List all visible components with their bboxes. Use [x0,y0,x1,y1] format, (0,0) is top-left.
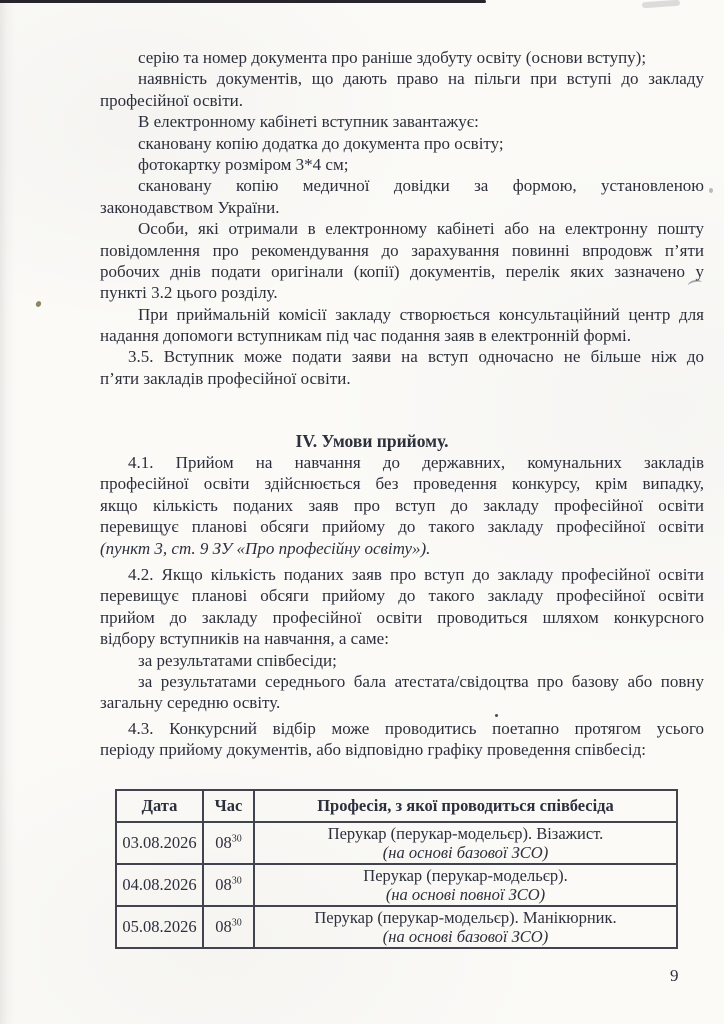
scan-speck-artifact [495,714,498,717]
time-superscript: 30 [232,876,242,887]
text-line: фотокартку розміром 3*4 см; [100,154,704,175]
text-line: законодавством України. [100,197,704,218]
text-line: професійної освіти. [100,90,704,111]
column-header-date: Дата [116,790,203,822]
text-line: Особи, які отримали в електронному кабін… [100,218,704,239]
scan-smudge-artifact [642,0,680,8]
text-line: робочих днів подати оригінали (копії) до… [100,261,704,282]
body-text-section-4-3: 4.3. Конкурсний відбір може проводитись … [100,718,704,761]
date-cell: 04.08.2026 [116,864,203,906]
page-number: 9 [670,966,679,986]
body-text-section-3: серію та номер документа про раніше здоб… [100,47,704,389]
profession-basis: (на основі базової ЗСО) [255,927,676,946]
body-text-section-4-2: 4.2. Якщо кількість поданих заяв про вст… [100,564,704,714]
text-line-citation: (пункт 3, ст. 9 ЗУ «Про професійну освіт… [100,538,704,559]
text-line: загальну середню освіту. [100,692,704,713]
profession-name: Перукар (перукар-модельєр). Манікюрник. [255,908,676,927]
text-line: п’яти закладів професійної освіти. [100,368,704,389]
time-cell: 0830 [203,864,254,906]
text-line: повідомлення про рекомендування до зарах… [100,240,704,261]
text-line: 4.3. Конкурсний відбір може проводитись … [100,718,704,739]
profession-cell: Перукар (перукар-модельєр). (на основі п… [254,864,677,906]
section-heading: IV. Умови прийому. [100,430,644,452]
scan-edge-artifact [0,0,486,3]
text-line: якщо кількість поданих заяв про вступ до… [100,495,704,516]
text-line: наявність документів, що дають право на … [100,68,704,89]
text-line: надання допомоги вступникам під час пода… [100,325,704,346]
table-row: 04.08.2026 0830 Перукар (перукар-модельє… [116,864,677,906]
text-line: 3.5. Вступник може подати заяви на вступ… [100,346,704,367]
profession-basis: (на основі повної ЗСО) [255,885,676,904]
table-header-row: Дата Час Професія, з якої проводиться сп… [116,790,677,822]
profession-name: Перукар (перукар-модельєр). [255,866,676,885]
profession-name: Перукар (перукар-модельєр). Візажист. [255,824,676,843]
text-line: за результатами співбесіди; [100,650,704,671]
text-line: прийом до закладу професійної освіти про… [100,607,704,628]
date-cell: 05.08.2026 [116,906,203,948]
scan-speck-artifact [709,188,713,193]
text-line: 4.1. Прийом на навчання до державних, ко… [100,452,704,473]
text-line: за результатами середнього бала атестата… [100,671,704,692]
column-header-profession: Професія, з якої проводиться співбесіда [254,790,677,822]
scan-speck-artifact [35,300,42,308]
scanned-document-page: { "colors": { "paper": "#fbfaf7", "ink":… [0,0,724,1024]
text-line: 4.2. Якщо кількість поданих заяв про вст… [100,564,704,585]
profession-cell: Перукар (перукар-модельєр). Манікюрник. … [254,906,677,948]
column-header-time: Час [203,790,254,822]
text-line: професійної освіти здійснюється без пров… [100,473,704,494]
text-line: періоду прийому документів, або відповід… [100,739,704,760]
date-cell: 03.08.2026 [116,822,203,864]
table-row: 05.08.2026 0830 Перукар (перукар-модельє… [116,906,677,948]
time-cell: 0830 [203,906,254,948]
text-line: скановану копію медичної довідки за форм… [100,175,704,196]
body-text-section-4-1: 4.1. Прийом на навчання до державних, ко… [100,452,704,559]
time-superscript: 30 [232,834,242,845]
text-line: При приймальній комісії закладу створюєт… [100,304,704,325]
time-cell: 0830 [203,822,254,864]
text-line: скановану копію додатка до документа про… [100,133,704,154]
text-line: перевищує планові обсяги прийому до тако… [100,516,704,537]
text-line: відбору вступників на навчання, а саме: [100,628,704,649]
profession-cell: Перукар (перукар-модельєр). Візажист. (н… [254,822,677,864]
time-superscript: 30 [232,918,242,929]
profession-basis: (на основі базової ЗСО) [255,843,676,862]
table-row: 03.08.2026 0830 Перукар (перукар-модельє… [116,822,677,864]
text-line: перевищує планові обсяги прийому до тако… [100,585,704,606]
text-line: серію та номер документа про раніше здоб… [100,47,704,68]
text-line: пункті 3.2 цього розділу. [100,282,704,303]
schedule-table: Дата Час Професія, з якої проводиться сп… [115,789,678,949]
text-line: В електронному кабінеті вступник заванта… [100,111,704,132]
